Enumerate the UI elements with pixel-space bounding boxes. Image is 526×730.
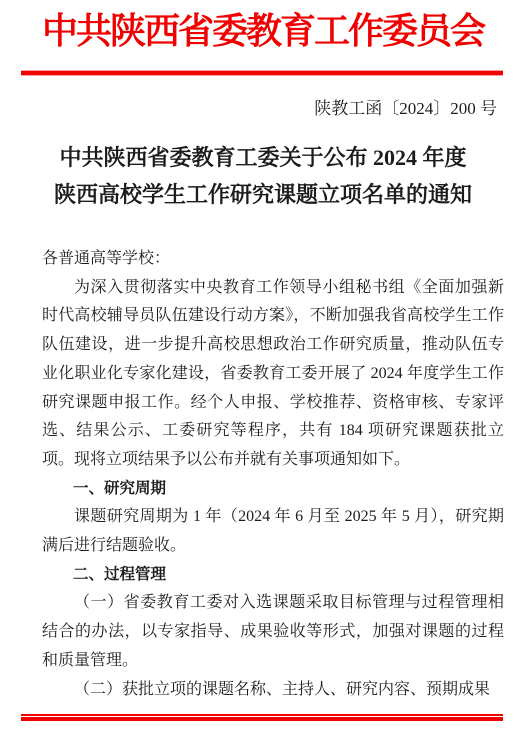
footer-divider-thick-line: [21, 717, 503, 721]
document-body: 各普通高等学校： 为深入贯彻落实中央教育工作领导小组秘书组《全面加强新时代高校辅…: [42, 245, 504, 704]
footer-divider-line: [21, 714, 503, 721]
header-divider-line: [21, 71, 503, 75]
section-2-paragraph-2: （二）获批立项的课题名称、主持人、研究内容、预期成果: [42, 676, 504, 705]
document-number: 陕教工函〔2024〕200 号: [0, 97, 526, 121]
section-1-paragraph: 课题研究周期为 1 年（2024 年 6 月至 2025 年 5 月），研究期满…: [42, 503, 504, 560]
intro-paragraph: 为深入贯彻落实中央教育工作领导小组秘书组《全面加强新时代高校辅导员队伍建设行动方…: [42, 274, 504, 475]
section-1-heading: 一、研究周期: [42, 475, 504, 504]
section-2-heading: 二、过程管理: [42, 561, 504, 590]
document-page: 中共陕西省委教育工作委员会 陕教工函〔2024〕200 号 中共陕西省委教育工委…: [0, 0, 526, 730]
section-2-paragraph-1: （一）省委教育工委对入选课题采取目标管理与过程管理相结合的办法，以专家指导、成果…: [42, 589, 504, 675]
salutation: 各普通高等学校：: [42, 245, 504, 274]
document-title-line-2: 陕西高校学生工作研究课题立项名单的通知: [0, 176, 526, 213]
document-title-line-1: 中共陕西省委教育工委关于公布 2024 年度: [0, 139, 526, 176]
document-title: 中共陕西省委教育工委关于公布 2024 年度 陕西高校学生工作研究课题立项名单的…: [0, 139, 526, 213]
issuing-organization-title: 中共陕西省委教育工作委员会: [0, 8, 526, 54]
